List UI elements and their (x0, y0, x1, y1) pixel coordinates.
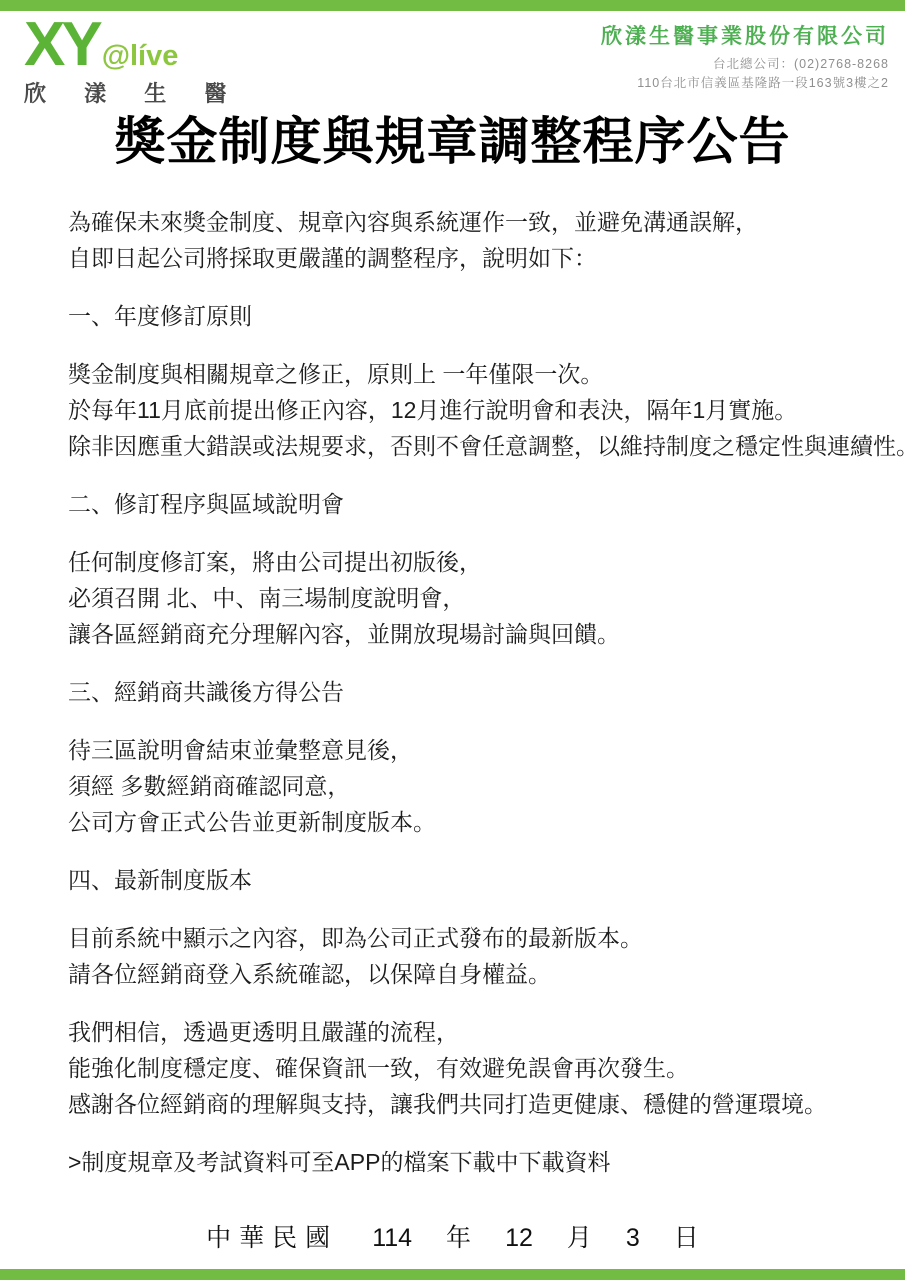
logo-xy-text: XY (24, 14, 99, 76)
text-line: 我們相信，透過更透明且嚴謹的流程， (68, 1014, 855, 1050)
intro-paragraph: 為確保未來獎金制度、規章內容與系統運作一致，並避免溝通誤解， 自即日起公司將採取… (68, 204, 855, 276)
announcement-page: XY @líve 欣 漾 生 醫 欣漾生醫事業股份有限公司 台北總公司：(02)… (0, 0, 905, 1280)
text-line: >制度規章及考試資料可至APP的檔案下載中下載資料 (68, 1144, 855, 1180)
date-month-label: 月 (567, 1218, 592, 1254)
date-year-value: 114 (372, 1224, 412, 1253)
text-line: 感謝各位經銷商的理解與支持，讓我們共同打造更健康、穩健的營運環境。 (68, 1086, 855, 1122)
top-green-bar (0, 0, 905, 11)
company-name: 欣漾生醫事業股份有限公司 (601, 20, 889, 50)
logo-wordmark: XY @líve (24, 14, 242, 76)
section-2-paragraph: 任何制度修訂案，將由公司提出初版後， 必須召開 北、中、南三場制度說明會， 讓各… (68, 544, 855, 652)
bottom-green-bar (0, 1269, 905, 1280)
text-line: 公司方會正式公告並更新制度版本。 (68, 804, 855, 840)
company-address: 110台北市信義區基隆路一段163號3樓之2 (601, 74, 889, 93)
logo-alive-text: @líve (102, 42, 179, 71)
section-1-heading: 一、年度修訂原則 (68, 298, 855, 334)
text-line: 為確保未來獎金制度、規章內容與系統運作一致，並避免溝通誤解， (68, 204, 855, 240)
date-day-label: 日 (674, 1218, 699, 1254)
section-3-heading: 三、經銷商共識後方得公告 (68, 674, 855, 710)
section-2-heading: 二、修訂程序與區域說明會 (68, 486, 855, 522)
section-4-heading: 四、最新制度版本 (68, 862, 855, 898)
text-line: 獎金制度與相關規章之修正，原則上 一年僅限一次。 (68, 356, 855, 392)
text-line: 自即日起公司將採取更嚴謹的調整程序，說明如下： (68, 240, 855, 276)
date-era: 中華民國 (206, 1218, 338, 1254)
download-note: >制度規章及考試資料可至APP的檔案下載中下載資料 (68, 1144, 855, 1180)
logo-chinese-name: 欣 漾 生 醫 (24, 77, 242, 108)
company-info-block: 欣漾生醫事業股份有限公司 台北總公司：(02)2768-8268 110台北市信… (601, 14, 889, 94)
text-line: 能強化制度穩定度、確保資訊一致，有效避免誤會再次發生。 (68, 1050, 855, 1086)
section-1-paragraph: 獎金制度與相關規章之修正，原則上 一年僅限一次。 於每年11月底前提出修正內容，… (68, 356, 855, 464)
text-line: 須經 多數經銷商確認同意， (68, 768, 855, 804)
text-line: 讓各區經銷商充分理解內容，並開放現場討論與回饋。 (68, 616, 855, 652)
section-3-paragraph: 待三區說明會結束並彙整意見後， 須經 多數經銷商確認同意， 公司方會正式公告並更… (68, 732, 855, 840)
text-line: 任何制度修訂案，將由公司提出初版後， (68, 544, 855, 580)
text-line: 除非因應重大錯誤或法規要求，否則不會任意調整，以維持制度之穩定性與連續性。 (68, 428, 855, 464)
company-phone: 台北總公司：(02)2768-8268 (601, 55, 889, 74)
date-year-label: 年 (446, 1218, 471, 1254)
announcement-body: 為確保未來獎金制度、規章內容與系統運作一致，並避免溝通誤解， 自即日起公司將採取… (0, 170, 905, 1180)
page-title: 獎金制度與規章調整程序公告 (0, 114, 905, 170)
closing-paragraph: 我們相信，透過更透明且嚴謹的流程， 能強化制度穩定度、確保資訊一致，有效避免誤會… (68, 1014, 855, 1122)
text-line: 請各位經銷商登入系統確認，以保障自身權益。 (68, 956, 855, 992)
text-line: 目前系統中顯示之內容，即為公司正式發布的最新版本。 (68, 920, 855, 956)
text-line: 於每年11月底前提出修正內容，12月進行說明會和表決，隔年1月實施。 (68, 392, 855, 428)
company-logo: XY @líve 欣 漾 生 醫 (24, 14, 242, 108)
section-4-paragraph: 目前系統中顯示之內容，即為公司正式發布的最新版本。 請各位經銷商登入系統確認，以… (68, 920, 855, 992)
letterhead: XY @líve 欣 漾 生 醫 欣漾生醫事業股份有限公司 台北總公司：(02)… (0, 0, 905, 106)
text-line: 必須召開 北、中、南三場制度說明會， (68, 580, 855, 616)
text-line: 待三區說明會結束並彙整意見後， (68, 732, 855, 768)
date-day-value: 3 (626, 1224, 640, 1253)
date-footer: 中華民國 114 年 12 月 3 日 (0, 1218, 905, 1254)
date-month-value: 12 (505, 1224, 533, 1253)
